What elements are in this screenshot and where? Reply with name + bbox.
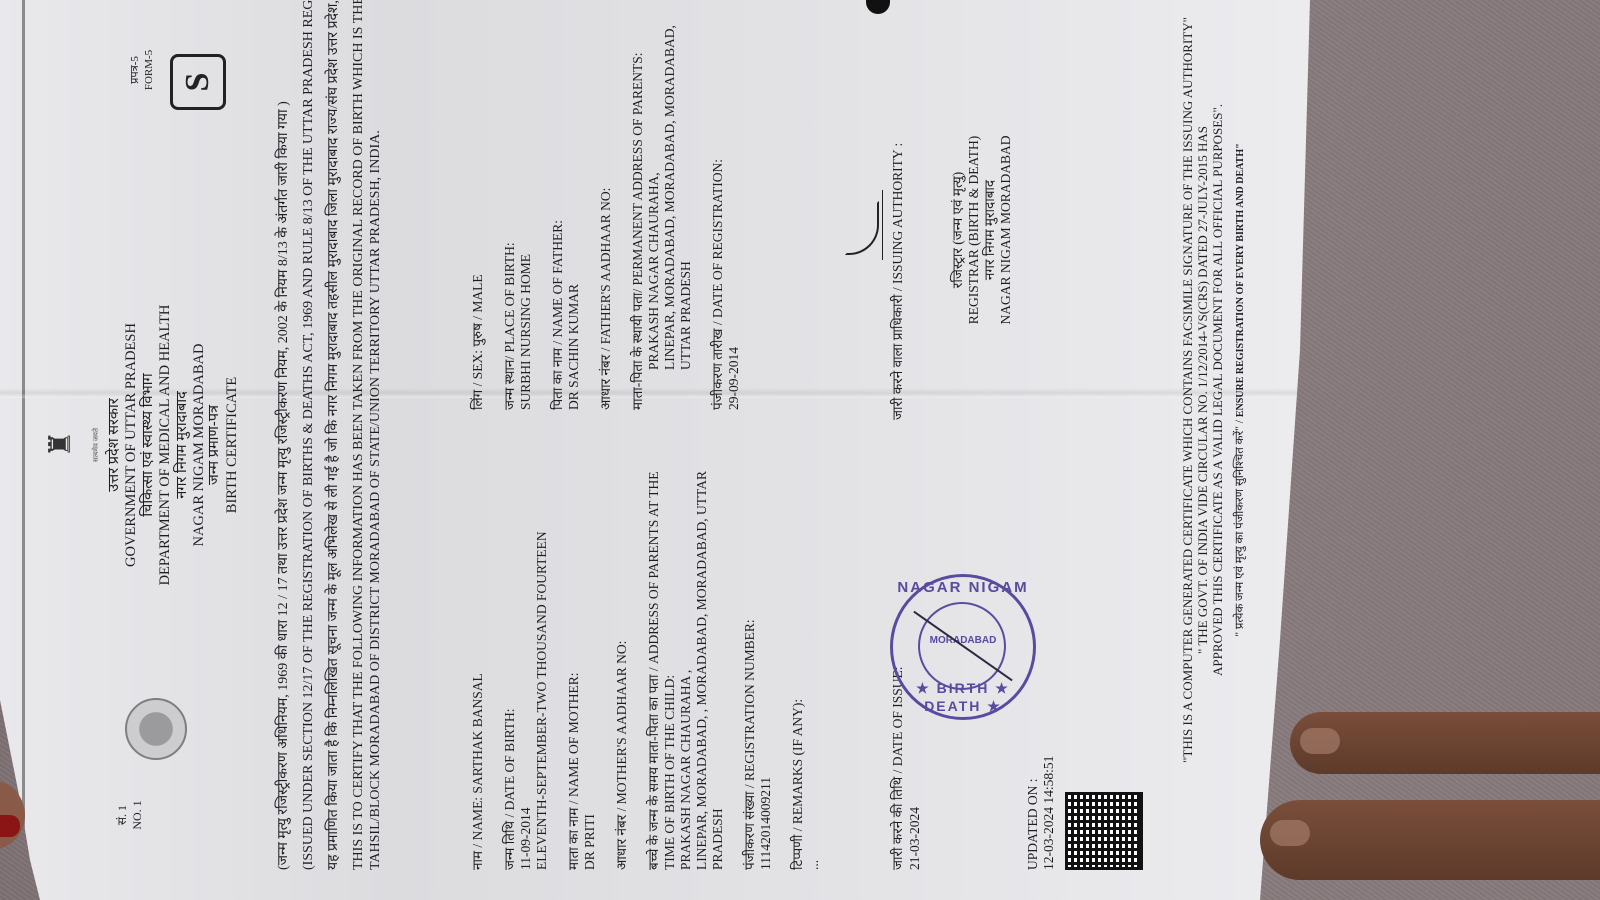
- field-left-6: टिप्पणी / REMARKS (IF ANY):...: [790, 450, 822, 870]
- certificate-paper: सं. 1 NO. 1 ♜ सत्यमेव जयते उत्तर प्रदेश …: [0, 0, 1310, 900]
- crs-logo-icon: S: [170, 54, 226, 110]
- fields-right-column: लिंग / SEX: पुरुष / MALEजन्म स्थान/ PLAC…: [470, 0, 758, 410]
- field-value: ELEVENTH-SEPTEMBER-TWO THOUSAND FOURTEEN: [534, 450, 550, 870]
- intro-hindi-certify: यह प्रमाणित किया जाता है कि निम्नलिखित स…: [325, 0, 342, 870]
- registrar-body-hindi: नगर निगम मुरादाबाद: [982, 90, 998, 370]
- field-left-1: जन्म तिथि / DATE OF BIRTH:11-09-2014ELEV…: [502, 450, 550, 870]
- note-english: ENSURE REGISTRATION OF EVERY BIRTH AND D…: [1235, 143, 1246, 417]
- birth-certificate: सं. 1 NO. 1 ♜ सत्यमेव जयते उत्तर प्रदेश …: [30, 10, 1270, 880]
- field-value: LINEPAR, MORADABAD, , MORADABAD, MORADAB…: [694, 450, 726, 870]
- no-hindi: सं. 1: [115, 795, 130, 835]
- certificate-number: सं. 1 NO. 1: [115, 795, 145, 835]
- registrar-body-english: NAGAR NIGAM MORADABAD: [998, 90, 1014, 370]
- registrar-hindi: रजिस्ट्रार (जन्म एवं मृत्यु): [950, 90, 966, 370]
- field-left-3: आधार नंबर / MOTHER'S AADHAAR NO:: [614, 450, 630, 870]
- intro-hindi-issued: (जन्म मृत्यु रजिस्ट्रीकरण अधिनियम, 1969 …: [275, 0, 292, 870]
- footer-note: " प्रत्येक जन्म एवं मृत्यु का पंजीकरण सु…: [1233, 0, 1248, 820]
- field-right-3: आधार नंबर / FATHER'S AADHAAR NO:: [598, 0, 614, 410]
- footer-line-2: " THE GOVT. OF INDIA VIDE CIRCULAR NO. 1…: [1195, 0, 1210, 820]
- registrar-block: रजिस्ट्रार (जन्म एवं मृत्यु) REGISTRAR (…: [950, 90, 1014, 370]
- certificate-header: सं. 1 NO. 1 ♜ सत्यमेव जयते उत्तर प्रदेश …: [30, 10, 230, 880]
- fingernail-lower: [1270, 820, 1310, 846]
- certificate-intro: (जन्म मृत्यु रजिस्ट्रीकरण अधिनियम, 1969 …: [275, 0, 392, 870]
- page-border: [22, 0, 25, 880]
- footer-line-3: APPROVED THIS CERTIFICATE AS A VALID LEG…: [1210, 0, 1225, 820]
- updated-on: UPDATED ON : 12-03-2024 14:58:51: [1025, 756, 1057, 870]
- stamp-top-text: NAGAR NIGAM: [893, 579, 1033, 598]
- field-right-2: पिता का नाम / NAME OF FATHER:DR SACHIN K…: [550, 0, 582, 410]
- field-value: PRAKASH NAGAR CHAURAHA,: [646, 0, 662, 410]
- nagar-nigam-stamp: NAGAR NIGAM MORADABAD ★ BIRTH ★ DEATH ★: [890, 574, 1036, 720]
- field-label: माता-पिता के स्थायी पता/ PERMANENT ADDRE…: [630, 53, 645, 410]
- form-number: प्रपत्र-5 FORM-5: [128, 40, 156, 100]
- field-left-2: माता का नाम / NAME OF MOTHER:DR PRITI: [566, 450, 598, 870]
- updated-value: 12-03-2024 14:58:51: [1041, 756, 1057, 870]
- field-label: माता का नाम / NAME OF MOTHER:: [566, 673, 581, 870]
- form-english: FORM-5: [142, 40, 156, 100]
- field-label: बच्चे के जन्म के समय माता-पिता का पता / …: [646, 471, 677, 870]
- field-value: ...: [806, 450, 822, 870]
- field-value: 11-09-2014: [518, 450, 534, 870]
- body-hindi: नगर निगम मुरादाबाद: [174, 240, 191, 650]
- intro-english-issued: (ISSUED UNDER SECTION 12/17 OF THE REGIS…: [300, 0, 317, 870]
- field-right-5: पंजीकरण तारीख / DATE OF REGISTRATION:29-…: [710, 0, 742, 410]
- field-value: 1114201400921​1: [758, 450, 774, 870]
- qr-code-icon: [1065, 792, 1143, 870]
- field-value: DR PRITI: [582, 450, 598, 870]
- stamp-bottom-text: ★ BIRTH ★ DEATH ★: [893, 680, 1033, 715]
- registrar-english: REGISTRAR (BIRTH & DEATH): [966, 90, 982, 370]
- field-label: आधार नंबर / FATHER'S AADHAAR NO:: [598, 188, 613, 410]
- field-value: 29-09-2014: [726, 0, 742, 410]
- issuing-authority-label: जारी करने वाला प्राधिकारी / ISSUING AUTH…: [890, 0, 906, 420]
- emblem-caption: सत्यमेव जयते: [92, 410, 101, 480]
- certificate-footer: "THIS IS A COMPUTER GENERATED CERTIFICAT…: [1180, 0, 1248, 820]
- field-value: DR SACHIN KUMAR: [566, 0, 582, 410]
- field-right-4: माता-पिता के स्थायी पता/ PERMANENT ADDRE…: [630, 0, 694, 410]
- signature-stroke: [845, 201, 879, 255]
- updated-label: UPDATED ON :: [1025, 756, 1041, 870]
- dept-english: DEPARTMENT OF MEDICAL AND HEALTH: [157, 240, 174, 650]
- field-label: लिंग / SEX: पुरुष / MALE: [470, 274, 485, 410]
- up-government-seal-icon: [125, 698, 187, 760]
- issuing-department: उत्तर प्रदेश सरकार GOVERNMENT OF UTTAR P…: [106, 240, 208, 650]
- field-value: SURBHI NURSING HOME: [518, 0, 534, 410]
- registrar-signature: [840, 180, 880, 260]
- field-left-0: नाम / NAME: SARTHAK BANSAL: [470, 450, 486, 870]
- dept-hindi: चिकित्सा एवं स्वास्थ्य विभाग: [140, 240, 157, 650]
- finger-lower: [1260, 800, 1600, 880]
- field-left-5: पंजीकरण संख्या / REGISTRATION NUMBER:111…: [742, 450, 774, 870]
- field-label: पंजीकरण तारीख / DATE OF REGISTRATION:: [710, 159, 725, 410]
- field-value: LINEPAR, MORADABAD, MORADABAD, MORADABAD…: [662, 0, 694, 410]
- field-value: PRAKASH NAGAR CHAURAHA ,: [678, 450, 694, 870]
- field-right-1: जन्म स्थान/ PLACE OF BIRTH:SURBHI NURSIN…: [502, 0, 534, 410]
- field-label: जन्म तिथि / DATE OF BIRTH:: [502, 708, 517, 870]
- note-hindi: " प्रत्येक जन्म एवं मृत्यु का पंजीकरण सु…: [1234, 420, 1246, 637]
- national-emblem-icon: ♜: [42, 423, 94, 465]
- form-hindi: प्रपत्र-5: [128, 40, 142, 100]
- footer-line-1: "THIS IS A COMPUTER GENERATED CERTIFICAT…: [1180, 0, 1195, 820]
- page-title: जन्म प्रमाण-पत्र BIRTH CERTIFICATE: [205, 290, 241, 600]
- field-right-0: लिंग / SEX: पुरुष / MALE: [470, 0, 486, 410]
- no-english: NO. 1: [130, 795, 145, 835]
- gov-english: GOVERNMENT OF UTTAR PRADESH: [123, 240, 140, 650]
- intro-english-certify: THIS IS TO CERTIFY THAT THE FOLLOWING IN…: [350, 0, 384, 870]
- gov-hindi: उत्तर प्रदेश सरकार: [106, 240, 123, 650]
- field-label: पिता का नाम / NAME OF FATHER:: [550, 220, 565, 410]
- field-left-4: बच्चे के जन्म के समय माता-पिता का पता / …: [646, 450, 726, 870]
- field-label: टिप्पणी / REMARKS (IF ANY):: [790, 699, 805, 870]
- nail-polish: [0, 815, 20, 837]
- fingernail-upper: [1300, 728, 1340, 754]
- field-label: जन्म स्थान/ PLACE OF BIRTH:: [502, 242, 517, 410]
- field-label: नाम / NAME: SARTHAK BANSAL: [470, 673, 485, 870]
- field-label: पंजीकरण संख्या / REGISTRATION NUMBER:: [742, 619, 757, 870]
- signature-line: [882, 190, 883, 260]
- field-label: आधार नंबर / MOTHER'S AADHAAR NO:: [614, 641, 629, 870]
- fields-left-column: नाम / NAME: SARTHAK BANSALजन्म तिथि / DA…: [470, 450, 838, 870]
- title-english: BIRTH CERTIFICATE: [223, 290, 241, 600]
- title-hindi: जन्म प्रमाण-पत्र: [205, 290, 223, 600]
